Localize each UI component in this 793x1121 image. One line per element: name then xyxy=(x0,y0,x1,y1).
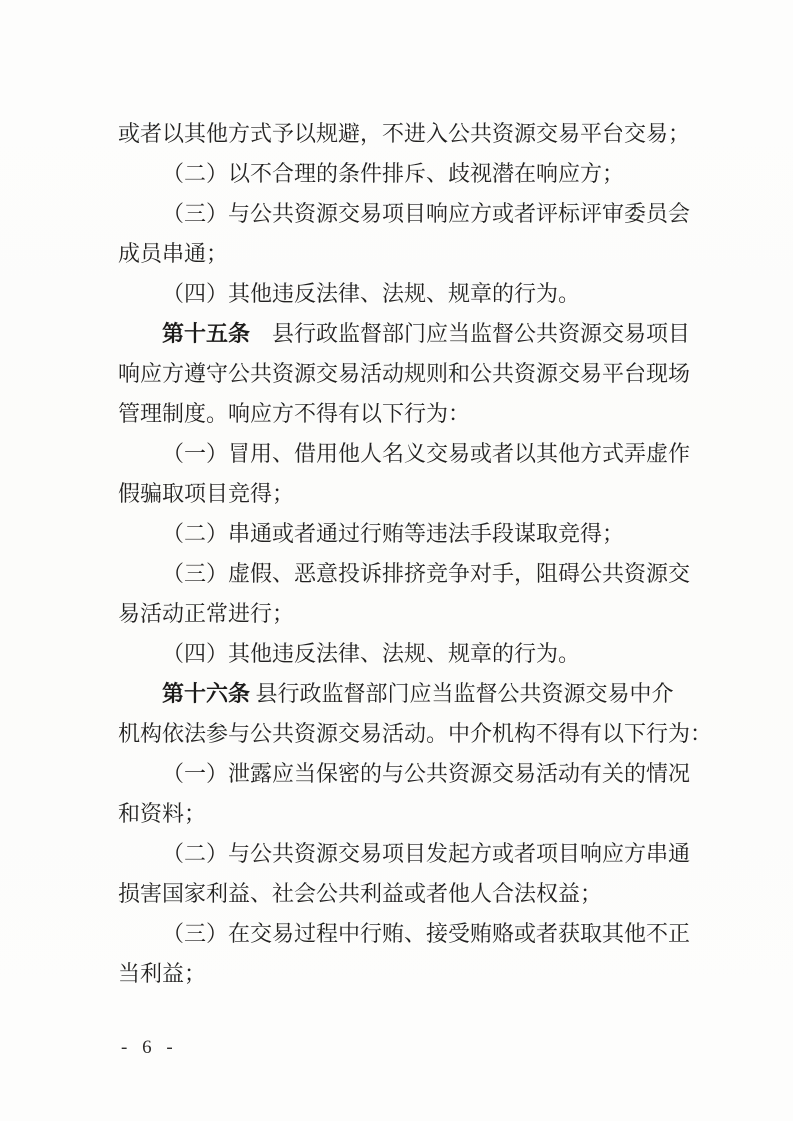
text-line: （三）虚假、恶意投诉排挤竞争对手，阻碍公共资源交 xyxy=(118,554,718,594)
text-line: 假骗取项目竞得； xyxy=(118,474,718,514)
text-line: （一）冒用、借用他人名义交易或者以其他方式弄虚作 xyxy=(118,434,718,474)
text-segment: （二）串通或者通过行贿等违法手段谋取竞得； xyxy=(162,521,624,546)
text-segment: 成员串通； xyxy=(118,241,228,266)
text-line: 响应方遵守公共资源交易活动规则和公共资源交易平台现场 xyxy=(118,354,718,394)
text-segment: 损害国家利益、社会公共利益或者他人合法权益； xyxy=(118,881,602,906)
text-segment: 当利益； xyxy=(118,961,206,986)
text-segment: 假骗取项目竞得； xyxy=(118,481,294,506)
text-segment: （一）冒用、借用他人名义交易或者以其他方式弄虚作 xyxy=(162,441,690,466)
text-line: 当利益； xyxy=(118,954,718,994)
text-line: （一）泄露应当保密的与公共资源交易活动有关的情况 xyxy=(118,754,718,794)
text-segment: 管理制度。响应方不得有以下行为： xyxy=(118,401,470,426)
text-segment: 或者以其他方式予以规避，不进入公共资源交易平台交易； xyxy=(118,121,690,146)
text-segment: （二）与公共资源交易项目发起方或者项目响应方串通 xyxy=(162,841,690,866)
article-heading: 第十五条 xyxy=(162,321,250,346)
text-line: （三）在交易过程中行贿、接受贿赂或者获取其他不正 xyxy=(118,914,718,954)
text-segment: 机构依法参与公共资源交易活动。中介机构不得有以下行为： xyxy=(118,721,712,746)
document-page: 或者以其他方式予以规避，不进入公共资源交易平台交易；（二）以不合理的条件排斥、歧… xyxy=(0,0,793,1121)
text-line: （二）串通或者通过行贿等违法手段谋取竞得； xyxy=(118,514,718,554)
text-segment: 县行政监督部门应当监督公共资源交易项目 xyxy=(250,321,690,346)
text-line: （二）以不合理的条件排斥、歧视潜在响应方； xyxy=(118,154,718,194)
text-segment: （二）以不合理的条件排斥、歧视潜在响应方； xyxy=(162,161,624,186)
text-line: 第十五条 县行政监督部门应当监督公共资源交易项目 xyxy=(118,314,718,354)
text-segment: 易活动正常进行； xyxy=(118,601,294,626)
text-line: 或者以其他方式予以规避，不进入公共资源交易平台交易； xyxy=(118,114,718,154)
text-segment: （三）在交易过程中行贿、接受贿赂或者获取其他不正 xyxy=(162,921,690,946)
text-segment: （三）与公共资源交易项目响应方或者评标评审委员会 xyxy=(162,201,690,226)
text-line: 和资料； xyxy=(118,794,718,834)
text-segment: （四）其他违反法律、法规、规章的行为。 xyxy=(162,281,580,306)
text-line: （三）与公共资源交易项目响应方或者评标评审委员会 xyxy=(118,194,718,234)
text-segment: 响应方遵守公共资源交易活动规则和公共资源交易平台现场 xyxy=(118,361,690,386)
text-line: 第十六条 县行政监督部门应当监督公共资源交易中介 xyxy=(118,674,718,714)
text-segment: （三）虚假、恶意投诉排挤竞争对手，阻碍公共资源交 xyxy=(162,561,690,586)
text-line: 易活动正常进行； xyxy=(118,594,718,634)
page-number: - 6 - xyxy=(121,1036,178,1060)
text-line: （四）其他违反法律、法规、规章的行为。 xyxy=(118,274,718,314)
text-line: 成员串通； xyxy=(118,234,718,274)
text-line: （四）其他违反法律、法规、规章的行为。 xyxy=(118,634,718,674)
text-segment: 和资料； xyxy=(118,801,206,826)
text-line: （二）与公共资源交易项目发起方或者项目响应方串通 xyxy=(118,834,718,874)
document-body: 或者以其他方式予以规避，不进入公共资源交易平台交易；（二）以不合理的条件排斥、歧… xyxy=(118,114,718,994)
text-line: 管理制度。响应方不得有以下行为： xyxy=(118,394,718,434)
article-heading: 第十六条 xyxy=(162,681,250,706)
text-line: 机构依法参与公共资源交易活动。中介机构不得有以下行为： xyxy=(118,714,718,754)
text-line: 损害国家利益、社会公共利益或者他人合法权益； xyxy=(118,874,718,914)
text-segment: 县行政监督部门应当监督公共资源交易中介 xyxy=(250,681,674,706)
text-segment: （一）泄露应当保密的与公共资源交易活动有关的情况 xyxy=(162,761,690,786)
text-segment: （四）其他违反法律、法规、规章的行为。 xyxy=(162,641,580,666)
